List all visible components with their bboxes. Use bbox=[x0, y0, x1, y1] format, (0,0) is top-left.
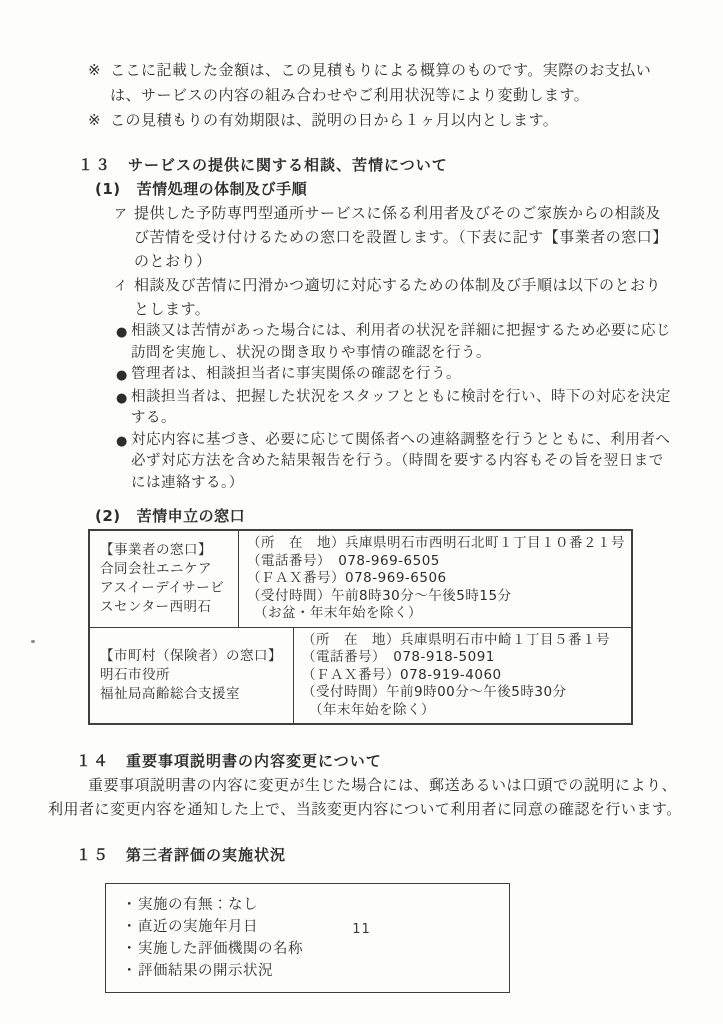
contact-fax: （ＦＡＸ番号）078-969-6506 bbox=[247, 570, 625, 588]
list-item: ● 対応内容に基づき、必要に応じて関係者への連絡調整を行うとともに、利用者へ必ず… bbox=[116, 430, 676, 495]
subsection-label: (2) bbox=[95, 507, 121, 525]
note-reference-mark: ※ bbox=[88, 108, 110, 133]
section-title: 第三者評価の実施状況 bbox=[126, 846, 286, 864]
note-text: この見積もりの有効期限は、説明の日から１ヶ月以内とします。 bbox=[110, 108, 673, 133]
page-number: 11 bbox=[0, 922, 723, 937]
contact-phone: （電話番号） 078-918-5091 bbox=[302, 649, 625, 667]
contact-details-cell: （所 在 地）兵庫県明石市中崎１丁目５番１号 （電話番号） 078-918-50… bbox=[294, 628, 631, 724]
section-number: １３ bbox=[78, 156, 112, 174]
contact-fax: （ＦＡＸ番号）078-919-4060 bbox=[302, 667, 625, 685]
bullet-text: 管理者は、相談担当者に事実関係の確認を行う。 bbox=[131, 364, 676, 387]
contact-address: （所 在 地）兵庫県明石市中崎１丁目５番１号 bbox=[302, 632, 625, 650]
section-14-heading: １４重要事項説明書の内容変更について bbox=[76, 749, 723, 773]
dot-marker: ・ bbox=[122, 894, 138, 916]
scanned-document-page: ※ ここに記載した金額は、この見積もりによる概算のものです。実際のお支払いは、サ… bbox=[0, 0, 723, 1024]
contact-hours: （受付時間）午前8時30分～午後5時15分 bbox=[247, 588, 625, 606]
section-title: サービスの提供に関する相談、苦情について bbox=[128, 156, 448, 174]
evaluation-item-text: 評価結果の開示状況 bbox=[138, 960, 273, 982]
bullet-marker: ● bbox=[116, 321, 131, 364]
item-letter-marker: イ bbox=[114, 273, 134, 321]
lettered-item-i: イ 相談及び苦情に円滑かつ適切に対応するための体制及び手順は以下のとおりとします… bbox=[114, 273, 674, 321]
table-row: 【市町村（保険者）の窓口】 明石市役所 福祉局高齢総合支援室 （所 在 地）兵庫… bbox=[90, 627, 631, 724]
evaluation-item-text: 実施の有無：なし bbox=[138, 894, 258, 916]
section-title: 重要事項説明書の内容変更について bbox=[126, 752, 382, 770]
document-content: ※ ここに記載した金額は、この見積もりによる概算のものです。実際のお支払いは、サ… bbox=[0, 0, 723, 993]
list-item: ● 管理者は、相談担当者に事実関係の確認を行う。 bbox=[116, 364, 676, 387]
item-letter-marker: ア bbox=[114, 201, 134, 273]
lettered-item-a: ア 提供した予防専門型通所サービスに係る利用者及びそのご家族からの相談及び苦情を… bbox=[114, 201, 674, 273]
complaint-contacts-table: 【事業者の窓口】 合同会社エニケア アスイーデイサービスセンター西明石 （所 在… bbox=[88, 529, 633, 725]
bullet-marker: ● bbox=[116, 430, 131, 495]
subsection-label: (1) bbox=[95, 180, 121, 198]
estimate-notes: ※ ここに記載した金額は、この見積もりによる概算のものです。実際のお支払いは、サ… bbox=[88, 58, 673, 133]
bullet-marker: ● bbox=[116, 387, 131, 430]
contact-phone: （電話番号） 078-969-6505 bbox=[247, 553, 625, 571]
estimate-note: ※ この見積もりの有効期限は、説明の日から１ヶ月以内とします。 bbox=[88, 108, 673, 133]
dot-marker: ・ bbox=[122, 938, 138, 960]
note-text: ここに記載した金額は、この見積もりによる概算のものです。実際のお支払いは、サービ… bbox=[110, 58, 673, 108]
dot-marker: ・ bbox=[122, 960, 138, 982]
bullet-marker: ● bbox=[116, 364, 131, 387]
section-13-1-heading: (1)苦情処理の体制及び手順 bbox=[95, 177, 723, 201]
evaluation-status-box: ・ 実施の有無：なし ・ 直近の実施年月日 ・ 実施した評価機関の名称 ・ 評価… bbox=[105, 883, 510, 993]
list-item: ● 相談担当者は、把握した状況をスタッフとともに検討を行い、時下の対応を決定する… bbox=[116, 387, 676, 430]
section-15-heading: １５第三者評価の実施状況 bbox=[76, 843, 723, 867]
table-row: 【事業者の窓口】 合同会社エニケア アスイーデイサービスセンター西明石 （所 在… bbox=[90, 531, 631, 627]
subsection-title: 苦情申立の窓口 bbox=[137, 507, 246, 525]
contact-name-cell: 【市町村（保険者）の窓口】 明石市役所 福祉局高齢総合支援室 bbox=[90, 628, 294, 724]
contact-name-cell: 【事業者の窓口】 合同会社エニケア アスイーデイサービスセンター西明石 bbox=[90, 531, 239, 627]
bullet-text: 相談担当者は、把握した状況をスタッフとともに検討を行い、時下の対応を決定する。 bbox=[131, 387, 676, 430]
list-item: ・ 実施した評価機関の名称 bbox=[122, 938, 499, 960]
contact-hours: （受付時間）午前9時00分～午後5時30分 bbox=[302, 684, 625, 702]
evaluation-item-text: 実施した評価機関の名称 bbox=[138, 938, 303, 960]
note-reference-mark: ※ bbox=[88, 58, 110, 108]
subsection-title: 苦情処理の体制及び手順 bbox=[137, 180, 308, 198]
section-number: １４ bbox=[76, 752, 110, 770]
bullet-text: 対応内容に基づき、必要に応じて関係者への連絡調整を行うとともに、利用者へ必ず対応… bbox=[131, 430, 676, 495]
scan-speck bbox=[31, 640, 35, 643]
list-item: ・ 評価結果の開示状況 bbox=[122, 960, 499, 982]
contact-details-cell: （所 在 地）兵庫県明石市西明石北町１丁目１０番２１号 （電話番号） 078-9… bbox=[239, 531, 631, 627]
item-text: 相談及び苦情に円滑かつ適切に対応するための体制及び手順は以下のとおりとします。 bbox=[134, 273, 674, 321]
item-text: 提供した予防専門型通所サービスに係る利用者及びそのご家族からの相談及び苦情を受け… bbox=[134, 201, 674, 273]
contact-hours-note: （年末年始を除く） bbox=[302, 702, 625, 720]
list-item: ・ 実施の有無：なし bbox=[122, 894, 499, 916]
contact-hours-note: （お盆・年末年始を除く） bbox=[247, 605, 625, 623]
bullet-text: 相談又は苦情があった場合には、利用者の状況を詳細に把握するため必要に応じ訪問を実… bbox=[131, 321, 676, 364]
section-number: １５ bbox=[76, 846, 110, 864]
estimate-note: ※ ここに記載した金額は、この見積もりによる概算のものです。実際のお支払いは、サ… bbox=[88, 58, 673, 108]
contact-address: （所 在 地）兵庫県明石市西明石北町１丁目１０番２１号 bbox=[247, 535, 625, 553]
section-13-heading: １３サービスの提供に関する相談、苦情について bbox=[78, 153, 723, 177]
section-13-2-heading: (2)苦情申立の窓口 bbox=[95, 506, 723, 526]
procedure-bullet-list: ● 相談又は苦情があった場合には、利用者の状況を詳細に把握するため必要に応じ訪問… bbox=[116, 321, 676, 494]
section-14-paragraph: 重要事項説明書の内容に変更が生じた場合には、郵送あるいは口頭での説明により、利用… bbox=[48, 773, 688, 821]
list-item: ● 相談又は苦情があった場合には、利用者の状況を詳細に把握するため必要に応じ訪問… bbox=[116, 321, 676, 364]
